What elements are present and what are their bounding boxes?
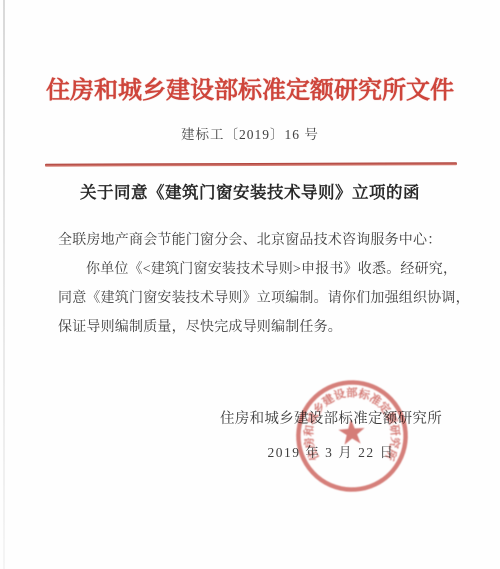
scanned-official-letter: 住房和城乡建设部标准定额研究所文件 建标工〔2019〕16 号 关于同意《建筑门… [0,0,500,569]
body-line: 保证导则编制质量，尽快完成导则编制任务。 [58,313,460,342]
letter-title: 关于同意《建筑门窗安装技术导则》立项的函 [0,179,500,203]
document-number: 建标工〔2019〕16 号 [0,123,500,143]
letter-body: 全联房地产商会节能门窗分会、北京窗品技术咨询服务中心： 你单位《<建筑门窗安装技… [58,226,460,342]
signature-date: 2019 年 3 月 22 日 [217,441,445,461]
body-line: 你单位《<建筑门窗安装技术导则>申报书》收悉。经研究， [58,255,460,284]
signature-org-name: 住房和城乡建设部标准定额研究所 [217,407,445,428]
salutation-line: 全联房地产商会节能门窗分会、北京窗品技术咨询服务中心： [58,226,460,255]
signature-block: 住房和城乡建设部标准定额研究所 2019 年 3 月 22 日 [217,407,445,461]
red-divider-rule [45,162,457,166]
body-line: 同意《建筑门窗安装技术导则》立项编制。请你们加强组织协调， [58,284,460,313]
issuer-title: 住房和城乡建设部标准定额研究所文件 [0,70,500,105]
